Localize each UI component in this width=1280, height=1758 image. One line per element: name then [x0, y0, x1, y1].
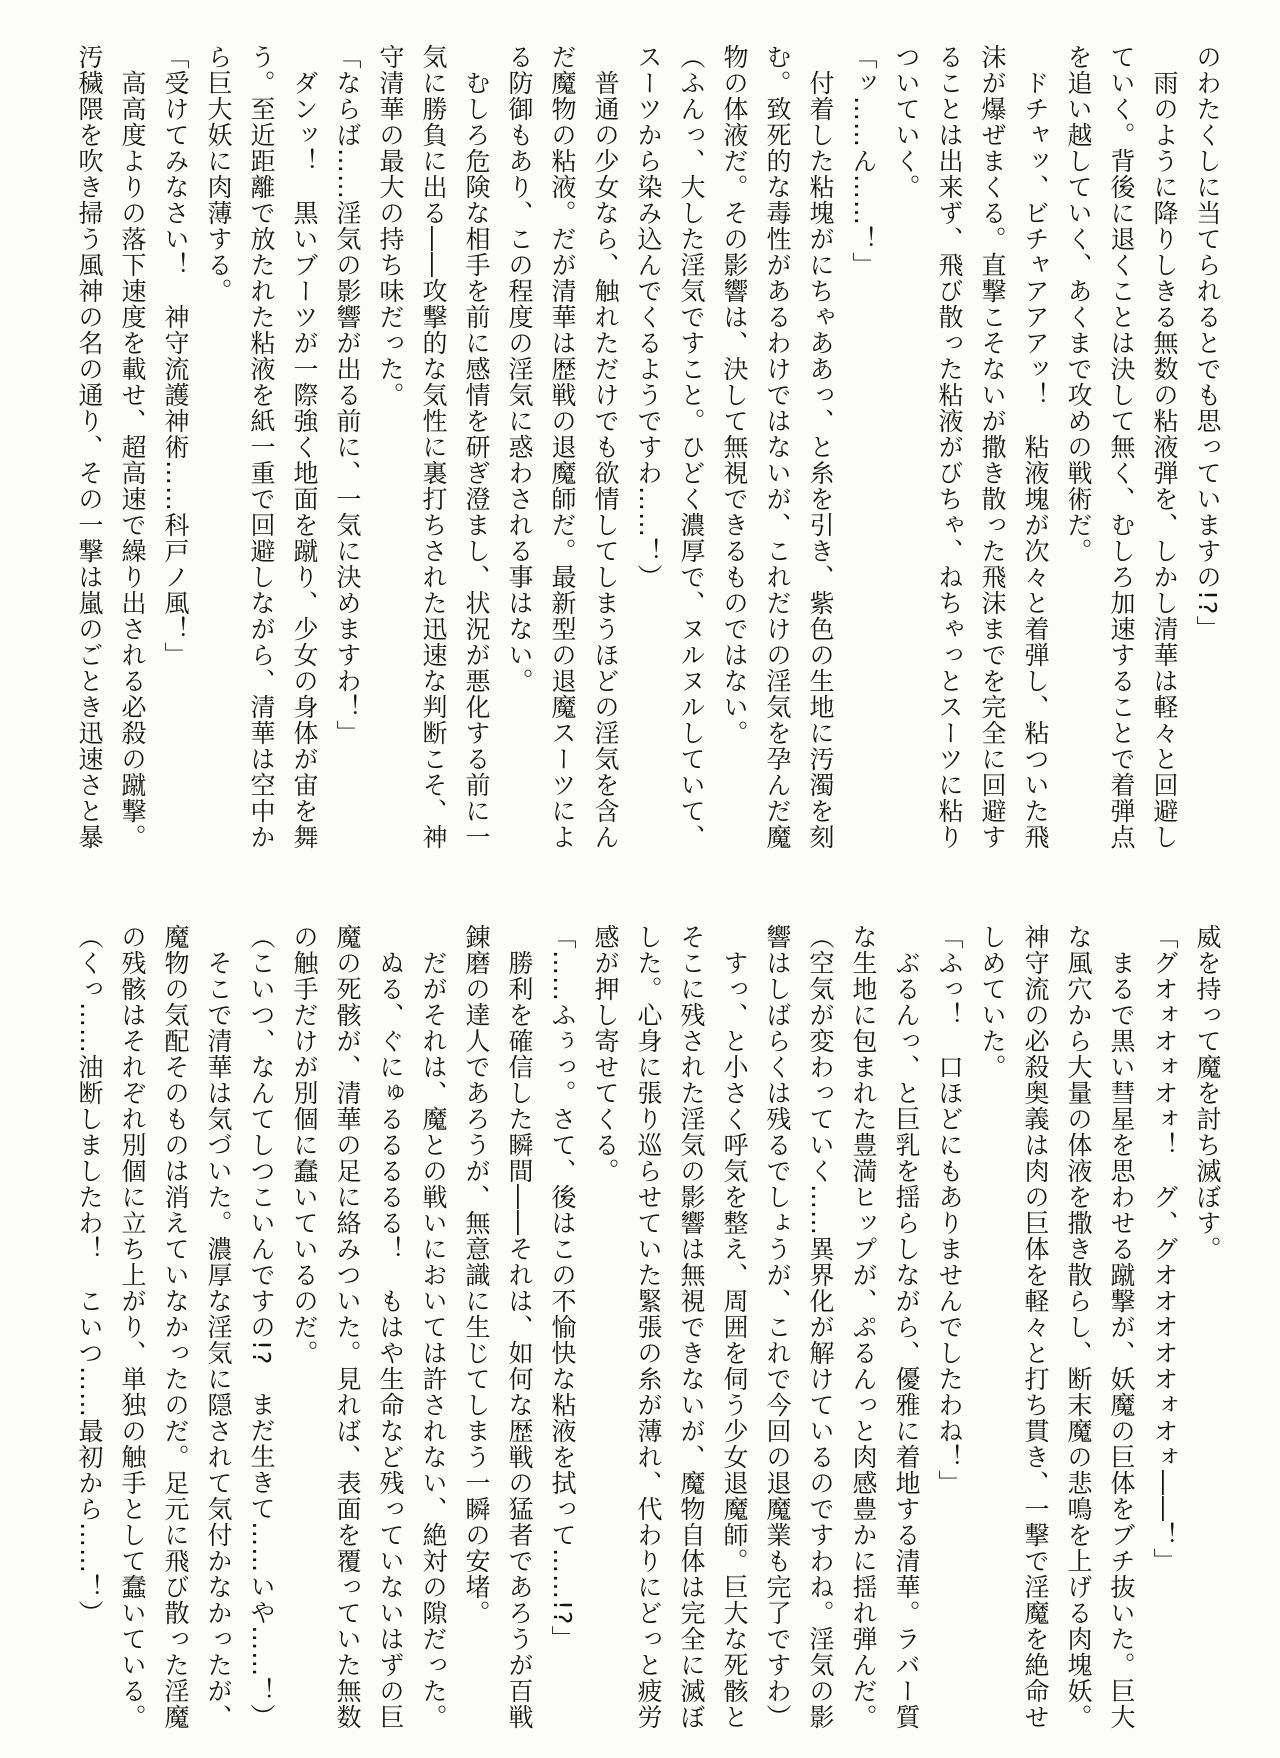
thought-line: 響はしばらくは残るでしょうが、これで今回の退魔業も完了ですわ） [756, 924, 799, 1730]
text-line: しめていた。 [971, 924, 1014, 1730]
text-line: 威を持って魔を討ち滅ぼす。 [1186, 924, 1229, 1730]
thought-line: （ふんっ、大した淫気ですこと。ひどく濃厚で、ヌルヌルしていて、 [670, 44, 713, 850]
text-line: る防御もあり、この程度の淫気に惑わされる事はない。 [498, 44, 541, 850]
thought-line: （くっ……油断しましたわ！ こいつ……最初から……！） [68, 924, 111, 1730]
text-line: ていく。背後に退くことは決して無く、むしろ加速することで着弾点 [1100, 44, 1143, 850]
text-line: のわたくしに当てられるとでも思っていますの!?」 [1186, 44, 1229, 850]
thought-line: スーツから染み込んでくるようですわ……！） [627, 44, 670, 850]
text-line: な風穴から大量の体液を撒き散らし、断末魔の悲鳴を上げる肉塊妖。 [1057, 924, 1100, 1730]
dialogue-line: 「受けてみなさい！ 神守流護神術……科戸ノ風！」 [154, 44, 197, 850]
text-line: 普通の少女なら、触れただけでも欲情してしまうほどの淫気を含ん [584, 44, 627, 850]
text-line: 付着した粘塊がにちゃああっ、と糸を引き、紫色の生地に汚濁を刻 [799, 44, 842, 850]
text-line: そこで清華は気づいた。濃厚な淫気に隠されて気付かなかったが、 [197, 924, 240, 1730]
text-line: 物の体液だ。その影響は、決して無視できるものではない。 [713, 44, 756, 850]
text-line: すっ、と小さく呼気を整え、周囲を伺う少女退魔師。巨大な死骸と [713, 924, 756, 1730]
thought-line: （空気が変わっていく……異界化が解けているのですわね。淫気の影 [799, 924, 842, 1730]
lower-text-block: 威を持って魔を討ち滅ぼす。 「グオォオォオォ！ グ、グオオオオオォオォ――！」 … [68, 924, 1229, 1730]
text-line: ら巨大妖に肉薄する。 [197, 44, 240, 850]
text-line: 沫が爆ぜまくる。直撃こそないが撒き散った飛沫までを完全に回避す [971, 44, 1014, 850]
dialogue-line: 「……ふぅっ。さて、後はこの不愉快な粘液を拭って……!?」 [541, 924, 584, 1730]
dialogue-line: 「ならば……淫気の影響が出る前に、一気に決めますわ！」 [326, 44, 369, 850]
text-line: した。心身に張り巡らせていた緊張の糸が薄れ、代わりにどっと疲労 [627, 924, 670, 1730]
text-line: だ魔物の粘液。だが清華は歴戦の退魔師だ。最新型の退魔スーツによ [541, 44, 584, 850]
upper-text-block: のわたくしに当てられるとでも思っていますの!?」 雨のように降りしきる無数の粘液… [68, 44, 1229, 850]
book-page: のわたくしに当てられるとでも思っていますの!?」 雨のように降りしきる無数の粘液… [0, 0, 1280, 1758]
text-line: な生地に包まれた豊満ヒップが、ぷるんっと肉感豊かに揺れ弾んだ。 [842, 924, 885, 1730]
text-line: を追い越していく、あくまで攻めの戦術だ。 [1057, 44, 1100, 850]
text-line: ぬる、ぐにゅるるるるる！ もはや生命など残っていないはずの巨 [369, 924, 412, 1730]
text-line: む。致死的な毒性があるわけではないが、これだけの淫気を孕んだ魔 [756, 44, 799, 850]
text-line: の残骸はそれぞれ別個に立ち上がり、単独の触手として蠢いている。 [111, 924, 154, 1730]
text-line: そこに残された淫気の影響は無視できないが、魔物自体は完全に滅ぼ [670, 924, 713, 1730]
text-line: 神守流の必殺奥義は肉の巨体を軽々と打ち貫き、一撃で淫魔を絶命せ [1014, 924, 1057, 1730]
text-line: 魔の死骸が、清華の足に絡みついた。見れば、表面を覆っていた無数 [326, 924, 369, 1730]
text-line: ることは出来ず、飛び散った粘液がびちゃ、ねちゃっとスーツに粘り [928, 44, 971, 850]
text-line: 錬磨の達人であろうが、無意識に生じてしまう一瞬の安堵。 [455, 924, 498, 1730]
text-line: まるで黒い彗星を思わせる蹴撃が、妖魔の巨体をブチ抜いた。巨大 [1100, 924, 1143, 1730]
text-line: ドチャッ、ビチャアアアッ！ 粘液塊が次々と着弾し、粘ついた飛 [1014, 44, 1057, 850]
text-line: 感が押し寄せてくる。 [584, 924, 627, 1730]
text-line: う。至近距離で放たれた粘液を紙一重で回避しながら、清華は空中か [240, 44, 283, 850]
dialogue-line: 「グオォオォオォ！ グ、グオオオオオォオォ――！」 [1143, 924, 1186, 1730]
dialogue-line: 「ふっ！ 口ほどにもありませんでしたわね！」 [928, 924, 971, 1730]
text-line: 高高度よりの落下速度を載せ、超高速で繰り出される必殺の蹴撃。 [111, 44, 154, 850]
text-line: むしろ危険な相手を前に感情を研ぎ澄まし、状況が悪化する前に一 [455, 44, 498, 850]
text-line: ぶるんっ、と巨乳を揺らしながら、優雅に着地する清華。ラバー質 [885, 924, 928, 1730]
text-line: だがそれは、魔との戦いにおいては許されない、絶対の隙だった。 [412, 924, 455, 1730]
text-line: 魔物の気配そのものは消えていなかったのだ。足元に飛び散った淫魔 [154, 924, 197, 1730]
text-line: 汚穢隈を吹き掃う風神の名の通り、その一撃は嵐のごとき迅速さと暴 [68, 44, 111, 850]
text-line: 勝利を確信した瞬間――それは、如何な歴戦の猛者であろうが百戦 [498, 924, 541, 1730]
text-line: 雨のように降りしきる無数の粘液弾を、しかし清華は軽々と回避し [1143, 44, 1186, 850]
text-line: 気に勝負に出る――攻撃的な気性に裏打ちされた迅速な判断こそ、神 [412, 44, 455, 850]
text-line: ダンッ！ 黒いブーツが一際強く地面を蹴り、少女の身体が宙を舞 [283, 44, 326, 850]
text-line: 守清華の最大の持ち味だった。 [369, 44, 412, 850]
thought-line: （こいつ、なんてしつこいんですの!? まだ生きて……いや……！） [240, 924, 283, 1730]
dialogue-line: 「ッ……ん……！」 [842, 44, 885, 850]
text-line: ついていく。 [885, 44, 928, 850]
text-line: の触手だけが別個に蠢いているのだ。 [283, 924, 326, 1730]
